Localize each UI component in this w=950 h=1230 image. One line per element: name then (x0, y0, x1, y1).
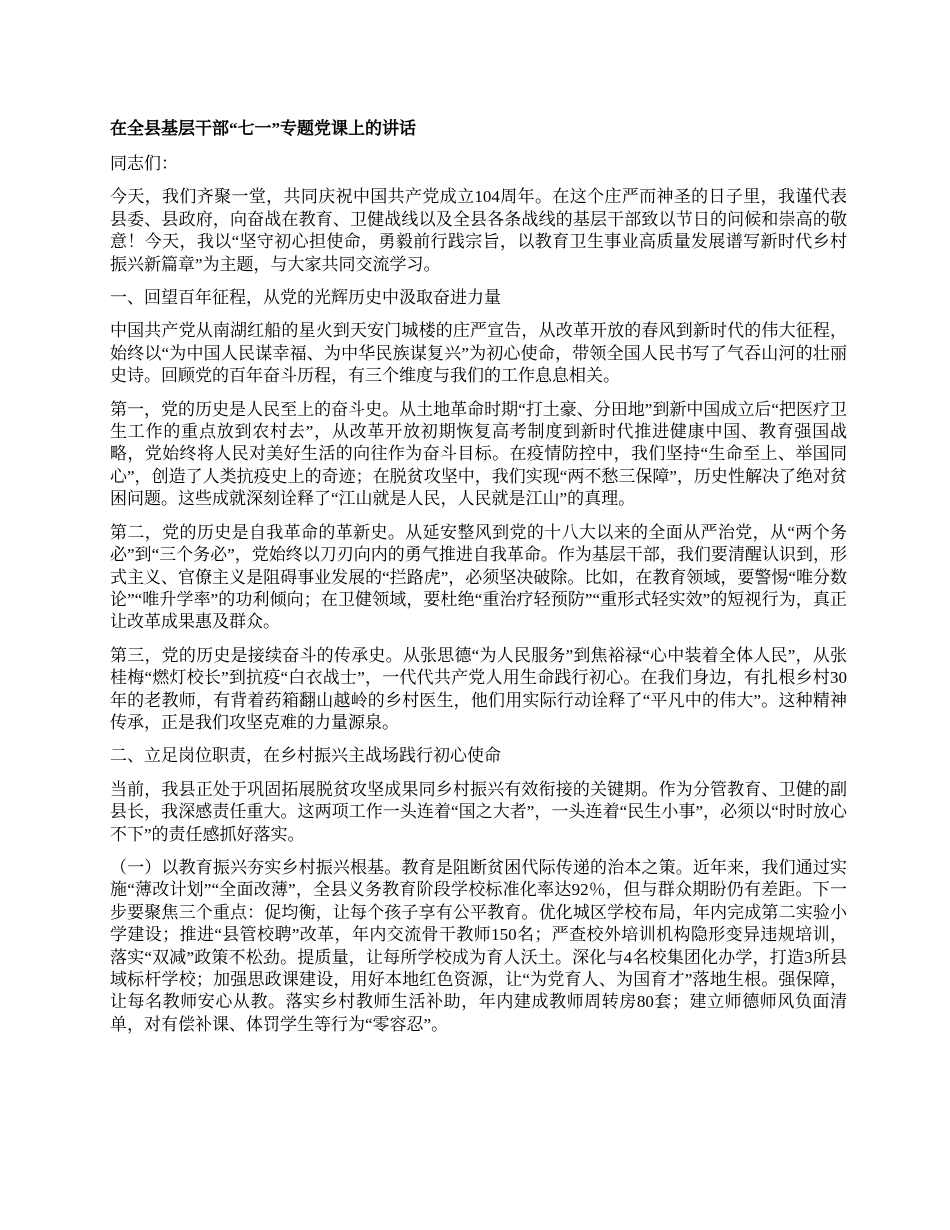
paragraph-party-history-intro: 中国共产党从南湖红船的星火到天安门城楼的庄严宣告，从改革开放的春风到新时代的伟大… (110, 320, 847, 387)
document-page: 在全县基层干部“七一”专题党课上的讲话 同志们： 今天，我们齐聚一堂，共同庆祝中… (0, 0, 950, 1230)
paragraph-opening: 今天，我们齐聚一堂，共同庆祝中国共产党成立104周年。在这个庄严而神圣的日子里，… (110, 186, 847, 276)
paragraph-first-point: 第一，党的历史是人民至上的奋斗史。从土地革命时期“打土豪、分田地”到新中国成立后… (110, 399, 847, 511)
section-heading-1: 一、回望百年征程，从党的光辉历史中汲取奋进力量 (110, 287, 847, 309)
document-title: 在全县基层干部“七一”专题党课上的讲话 (110, 118, 847, 140)
paragraph-education-revitalization: （一）以教育振兴夯实乡村振兴根基。教育是阻断贫困代际传递的治本之策。近年来，我们… (110, 857, 847, 1036)
paragraph-second-point: 第二，党的历史是自我革命的革新史。从延安整风到党的十八大以来的全面从严治党，从“… (110, 522, 847, 634)
section-heading-2: 二、立足岗位职责，在乡村振兴主战场践行初心使命 (110, 745, 847, 767)
paragraph-third-point: 第三，党的历史是接续奋斗的传承史。从张思德“为人民服务”到焦裕禄“心中装着全体人… (110, 645, 847, 735)
paragraph-current-situation: 当前，我县正处于巩固拓展脱贫攻坚成果同乡村振兴有效衔接的关键期。作为分管教育、卫… (110, 779, 847, 846)
greeting-line: 同志们： (110, 153, 847, 175)
